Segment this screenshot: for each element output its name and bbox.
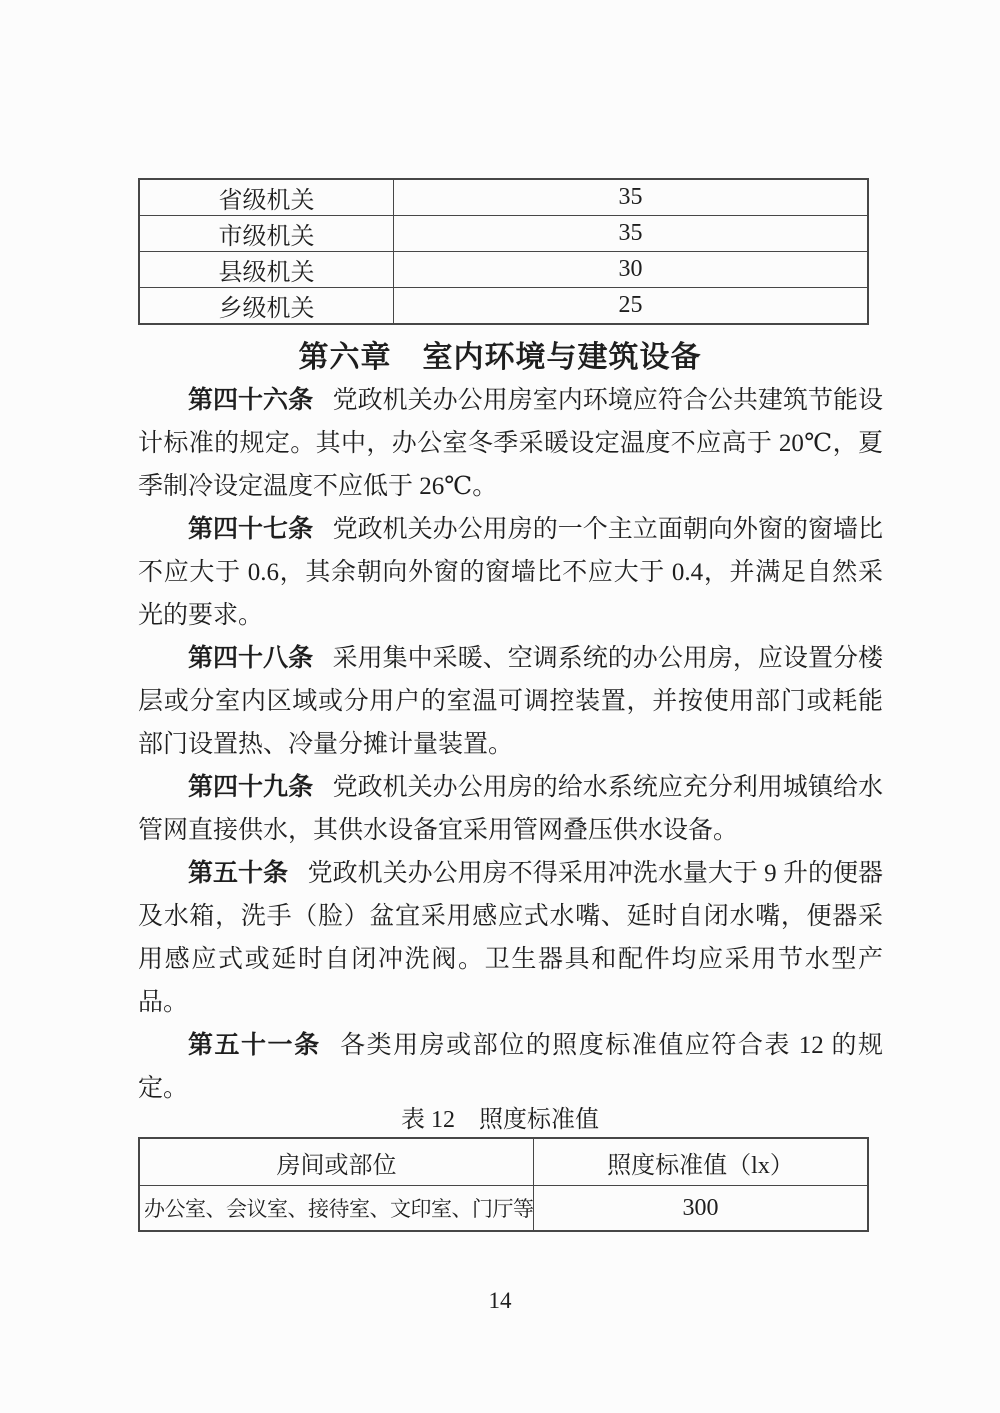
- org-level-cell: 市级机关: [139, 216, 394, 252]
- value-cell: 30: [394, 252, 869, 288]
- article-number: 第四十八条: [188, 645, 313, 672]
- table-row: 办公室、会议室、接待室、文印室、门厅等 300: [139, 1186, 868, 1232]
- value-cell: 35: [394, 216, 869, 252]
- article-number: 第五十条: [188, 860, 288, 887]
- org-level-cell: 省级机关: [139, 179, 394, 216]
- illuminance-cell: 300: [534, 1186, 869, 1232]
- header-room: 房间或部位: [139, 1138, 534, 1186]
- area-standard-table: 省级机关 35 市级机关 35 县级机关 30 乡级机关 25: [138, 178, 869, 325]
- table12-caption: 表 12 照度标准值: [0, 1099, 1000, 1134]
- org-level-cell: 乡级机关: [139, 288, 394, 325]
- article-paragraph-51: 第五十一条各类用房或部位的照度标准值应符合表 12 的规定。: [138, 1024, 883, 1110]
- table-row: 乡级机关 25: [139, 288, 868, 325]
- article-paragraph-48: 第四十八条采用集中采暖、空调系统的办公用房，应设置分楼层或分室内区域或分用户的室…: [138, 637, 883, 766]
- document-page: 省级机关 35 市级机关 35 县级机关 30 乡级机关 25 第六章 室内环境…: [0, 0, 1000, 1413]
- value-cell: 25: [394, 288, 869, 325]
- article-paragraph-49: 第四十九条党政机关办公用房的给水系统应充分利用城镇给水管网直接供水，其供水设备宜…: [138, 766, 883, 852]
- value-cell: 35: [394, 179, 869, 216]
- table-row: 省级机关 35: [139, 179, 868, 216]
- article-number: 第四十六条: [188, 387, 313, 414]
- chapter-heading: 第六章 室内环境与建筑设备: [0, 332, 1000, 376]
- page-number: 14: [0, 1288, 1000, 1314]
- article-number: 第四十七条: [188, 516, 313, 543]
- header-illuminance: 照度标准值（lx）: [534, 1138, 869, 1186]
- room-cell: 办公室、会议室、接待室、文印室、门厅等: [139, 1186, 534, 1232]
- table-row: 市级机关 35: [139, 216, 868, 252]
- article-body: 第四十六条党政机关办公用房室内环境应符合公共建筑节能设计标准的规定。其中，办公室…: [138, 379, 883, 1110]
- article-paragraph-46: 第四十六条党政机关办公用房室内环境应符合公共建筑节能设计标准的规定。其中，办公室…: [138, 379, 883, 508]
- illuminance-table: 房间或部位 照度标准值（lx） 办公室、会议室、接待室、文印室、门厅等 300: [138, 1137, 869, 1232]
- table-row: 县级机关 30: [139, 252, 868, 288]
- article-number: 第五十一条: [188, 1032, 321, 1059]
- org-level-cell: 县级机关: [139, 252, 394, 288]
- article-number: 第四十九条: [188, 774, 313, 801]
- article-paragraph-47: 第四十七条党政机关办公用房的一个主立面朝向外窗的窗墙比不应大于 0.6，其余朝向…: [138, 508, 883, 637]
- table-header-row: 房间或部位 照度标准值（lx）: [139, 1138, 868, 1186]
- article-paragraph-50: 第五十条党政机关办公用房不得采用冲洗水量大于 9 升的便器及水箱，洗手（脸）盆宜…: [138, 852, 883, 1024]
